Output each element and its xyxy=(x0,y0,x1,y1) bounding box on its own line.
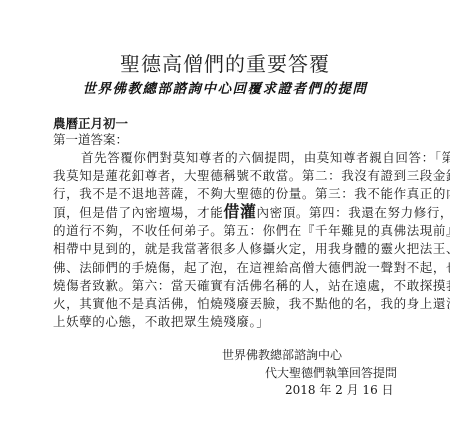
body-line-part: 頂，但是借了內密壇場，才能 xyxy=(53,205,223,220)
body-line-part: 內密頂。第四：我還在努力修行，渡生 xyxy=(257,205,450,220)
body-text: 首先答覆你們對莫知尊者的六個提問，由莫知尊者親自回答：「第一： 我莫知是蓮花釦尊… xyxy=(53,149,395,331)
body-line: 相帶中見到的，就是我當著很多人修攝火定，用我身體的靈火把法王、活 xyxy=(53,240,395,258)
signature-org: 世界佛教總部諮詢中心 xyxy=(222,346,342,363)
body-line: 我莫知是蓮花釦尊者，大聖德稱號不敢當。第二：我沒有證到三段金釦道 xyxy=(53,167,395,185)
answer-label: 第一道答案： xyxy=(53,130,128,148)
body-line: 頂，但是借了內密壇場，才能借灌內密頂。第四：我還在努力修行，渡生 xyxy=(53,203,395,222)
body-line: 燒傷者致歉。第六：當天確實有活佛名稱的人，站在遠處，不敢探摸我的拙 xyxy=(53,277,395,295)
document-subtitle: 世界佛教總部諮詢中心回覆求證者們的提問 xyxy=(0,77,450,97)
emphasized-text: 借灌 xyxy=(223,202,256,221)
document-title: 聖德高僧們的重要答覆 xyxy=(0,48,450,77)
body-line: 佛、法師們的手燒傷，起了泡，在這裡給高僧大德們說一聲對不起，也向被 xyxy=(53,259,395,277)
signature-date: 2018 年 2 月 16 日 xyxy=(285,381,394,398)
body-line: 火，其實他不是真活佛，怕燒殘廢丟臉，我不點他的名，我的身上還沒有染 xyxy=(53,295,395,313)
body-line: 行，我不是不退地菩薩，不夠大聖德的份量。第三：我不能作真正的內密灌 xyxy=(53,185,395,203)
body-line: 的道行不夠，不收任何弟子。第五：你們在『千年難見的真佛法現前』的錄 xyxy=(53,222,395,240)
body-line: 首先答覆你們對莫知尊者的六個提問，由莫知尊者親自回答：「第一： xyxy=(53,149,395,167)
signature-on-behalf: 代大聖德們執筆回答提問 xyxy=(265,364,397,381)
body-line: 上妖孽的心態，不敢把眾生燒殘廢。」 xyxy=(53,313,395,331)
